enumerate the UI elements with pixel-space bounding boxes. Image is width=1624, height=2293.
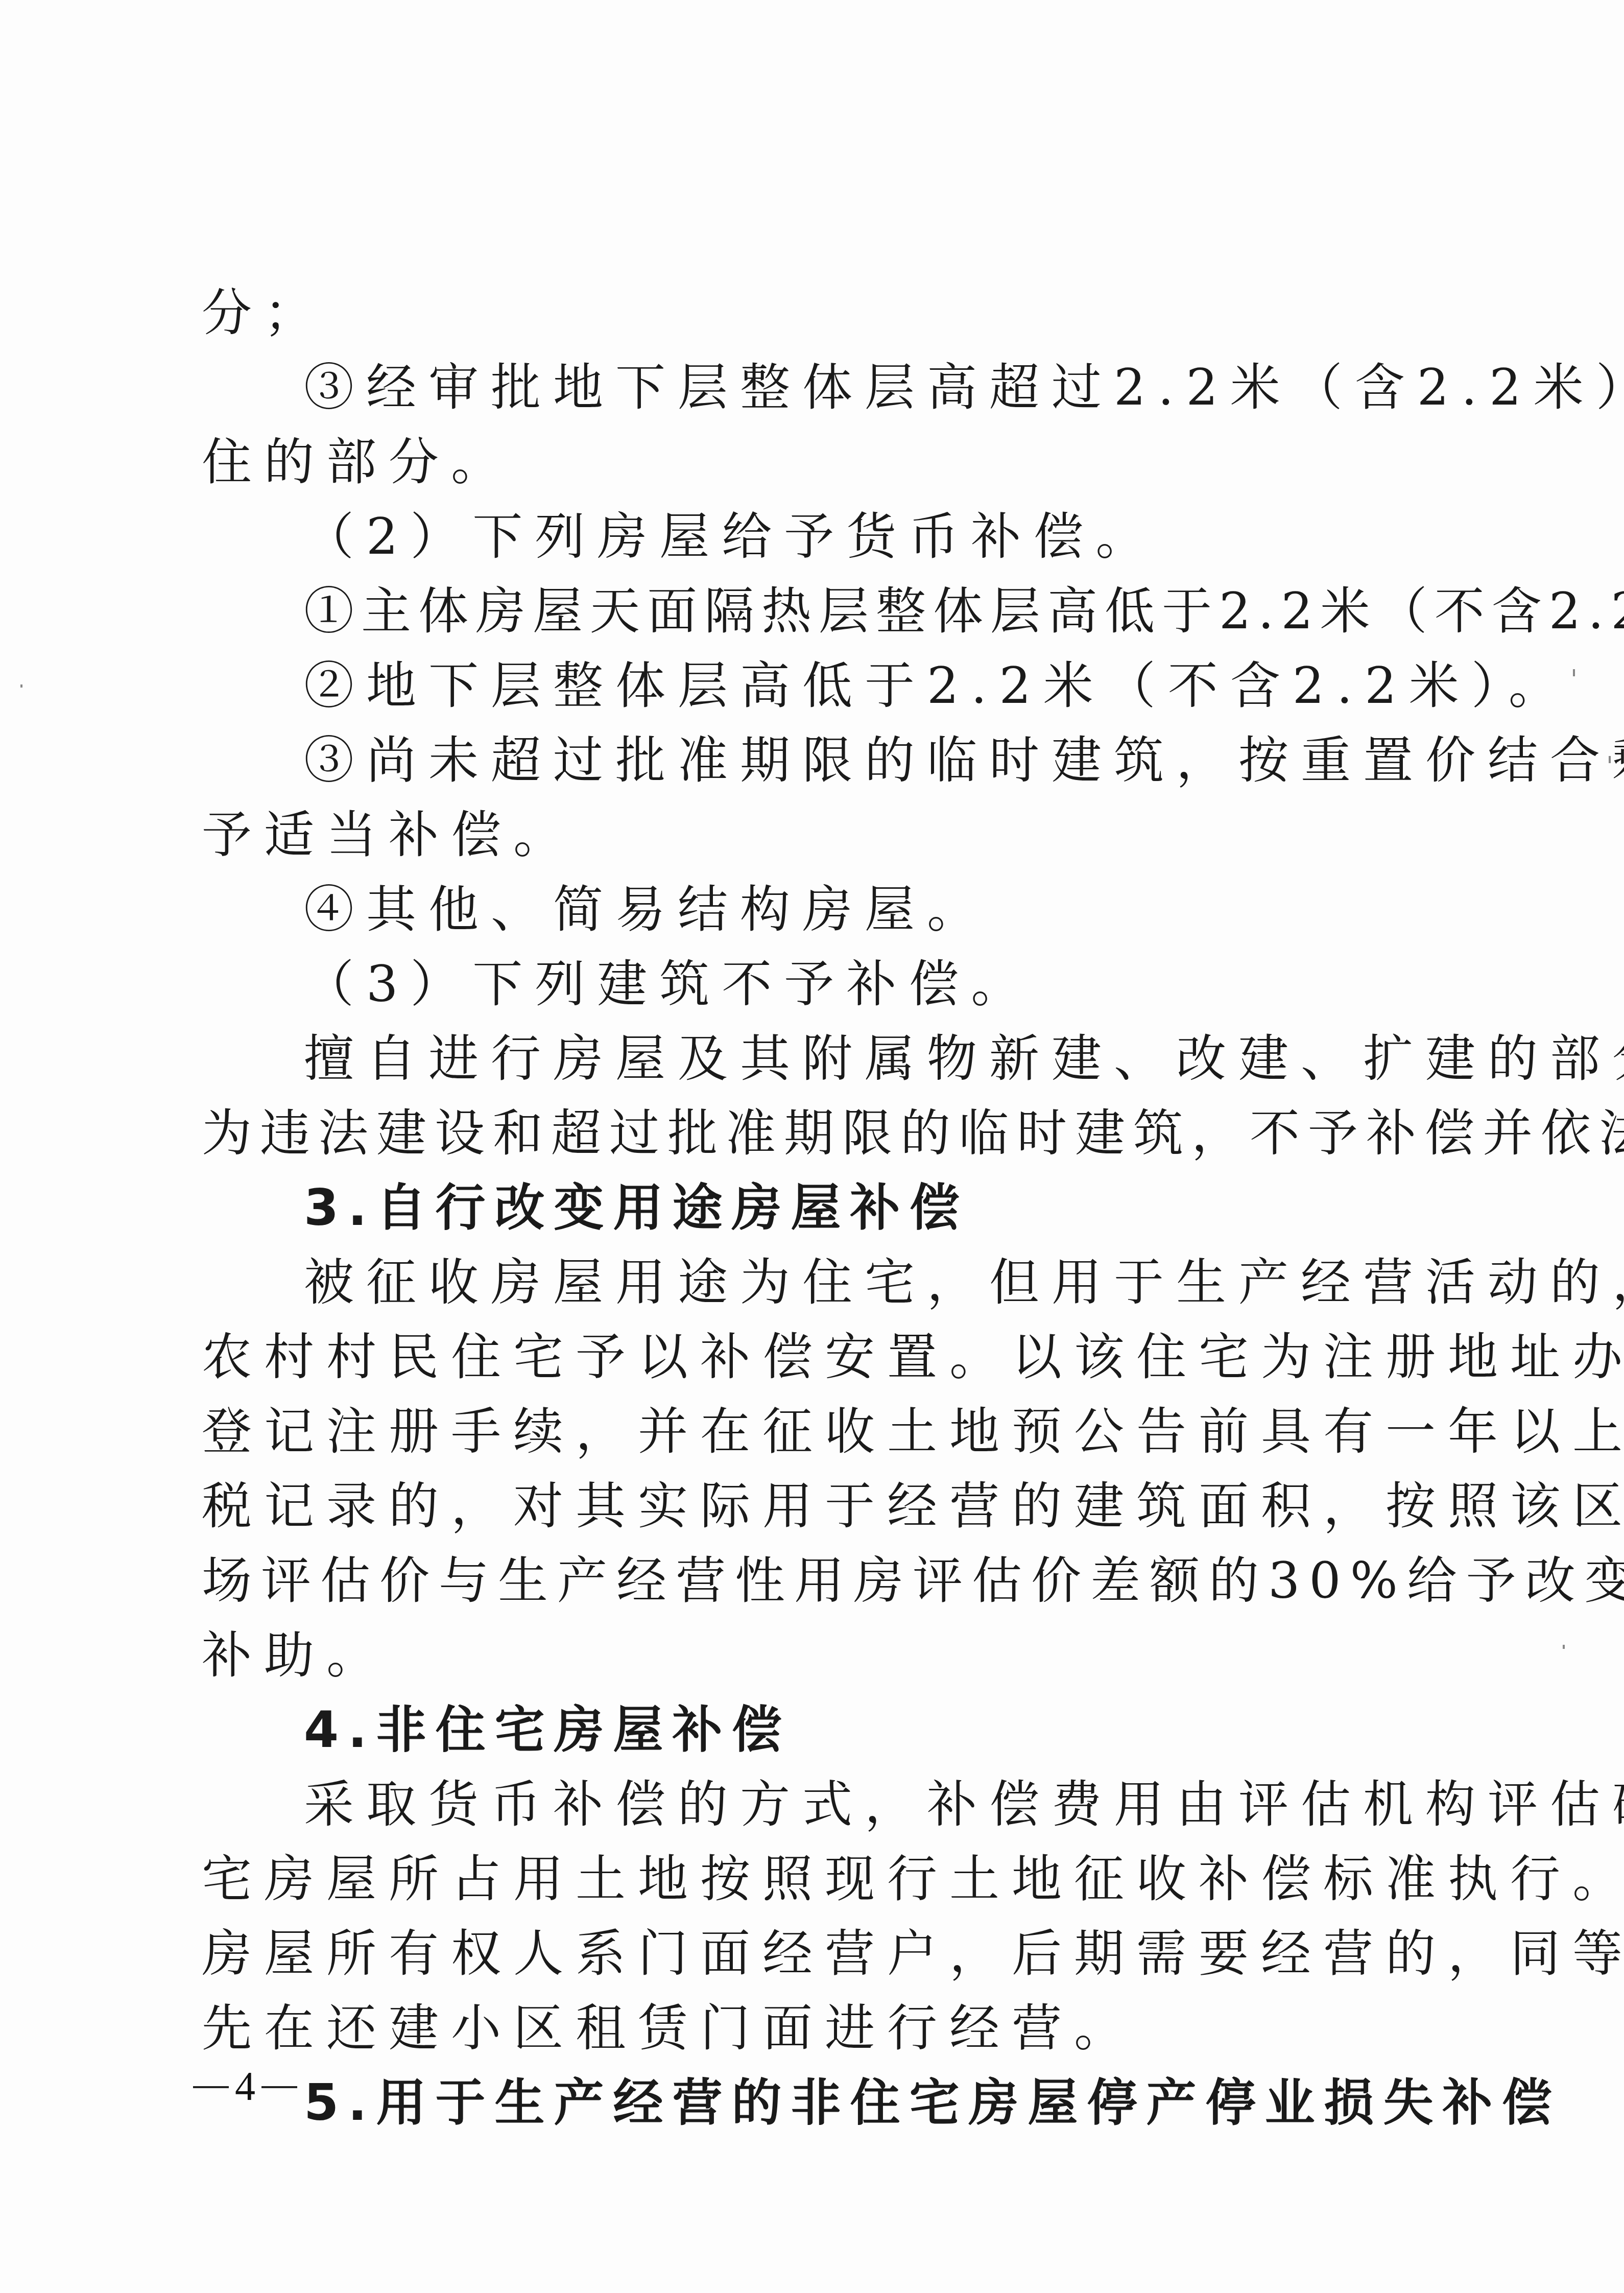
- text-line: ③经审批地下层整体层高超过2.2米（含2.2米）且用于居: [202, 350, 1407, 425]
- page-number: 4: [193, 2064, 297, 2110]
- section-heading-4: 4.非住宅房屋补偿: [202, 1693, 1407, 1767]
- dash-left: [193, 2086, 229, 2088]
- text-line: 住的部分。: [202, 425, 1407, 500]
- text-line: 场评估价与生产经营性用房评估价差额的30%给予改变用途差价: [202, 1544, 1407, 1618]
- dash-right: [261, 2086, 297, 2088]
- text-line: ③尚未超过批准期限的临时建筑，按重置价结合剩余期限给: [202, 723, 1407, 798]
- section-heading-5: 5.用于生产经营的非住宅房屋停产停业损失补偿: [202, 2066, 1407, 2140]
- text-line: 农村村民住宅予以补偿安置。以该住宅为注册地址办理市场主体: [202, 1320, 1407, 1394]
- text-line: 擅自进行房屋及其附属物新建、改建、扩建的部分，经认定: [202, 1022, 1407, 1096]
- document-page: 分； ③经审批地下层整体层高超过2.2米（含2.2米）且用于居 住的部分。 （2…: [0, 0, 1624, 2293]
- text-line: 为违法建设和超过批准期限的临时建筑，不予补偿并依法拆除。: [202, 1096, 1407, 1171]
- text-line: ②地下层整体层高低于2.2米（不含2.2米）。: [202, 649, 1407, 723]
- text-line: 分；: [202, 276, 1407, 350]
- text-line: ①主体房屋天面隔热层整体层高低于2.2米（不含2.2米）。: [202, 574, 1407, 649]
- scan-speck: [20, 684, 22, 688]
- text-line: 登记注册手续，并在征收土地预公告前具有一年以上连续申报缴: [202, 1394, 1407, 1469]
- text-line: 被征收房屋用途为住宅，但用于生产经营活动的，应当按照: [202, 1245, 1407, 1320]
- text-line: 补助。: [202, 1618, 1407, 1693]
- document-body: 分； ③经审批地下层整体层高超过2.2米（含2.2米）且用于居 住的部分。 （2…: [202, 276, 1407, 2140]
- text-line: 宅房屋所占用土地按照现行土地征收补偿标准执行。如果非住宅: [202, 1842, 1407, 1917]
- text-line: 房屋所有权人系门面经营户，后期需要经营的，同等条件下可优: [202, 1917, 1407, 1991]
- subsection-heading: （3）下列建筑不予补偿。: [202, 947, 1407, 1022]
- page-number-value: 4: [235, 2064, 255, 2110]
- text-line: 先在还建小区租赁门面进行经营。: [202, 1991, 1407, 2066]
- section-heading-3: 3.自行改变用途房屋补偿: [202, 1171, 1407, 1245]
- scan-speck: [1563, 1645, 1565, 1649]
- text-line: ④其他、简易结构房屋。: [202, 872, 1407, 947]
- subsection-heading: （2）下列房屋给予货币补偿。: [202, 500, 1407, 574]
- scan-speck: [1609, 756, 1611, 763]
- text-line: 采取货币补偿的方式，补偿费用由评估机构评估确定。非住: [202, 1767, 1407, 1842]
- scan-speck: [1573, 669, 1575, 676]
- text-line: 税记录的，对其实际用于经营的建筑面积，按照该区域内住宅市: [202, 1469, 1407, 1544]
- text-line: 予适当补偿。: [202, 798, 1407, 872]
